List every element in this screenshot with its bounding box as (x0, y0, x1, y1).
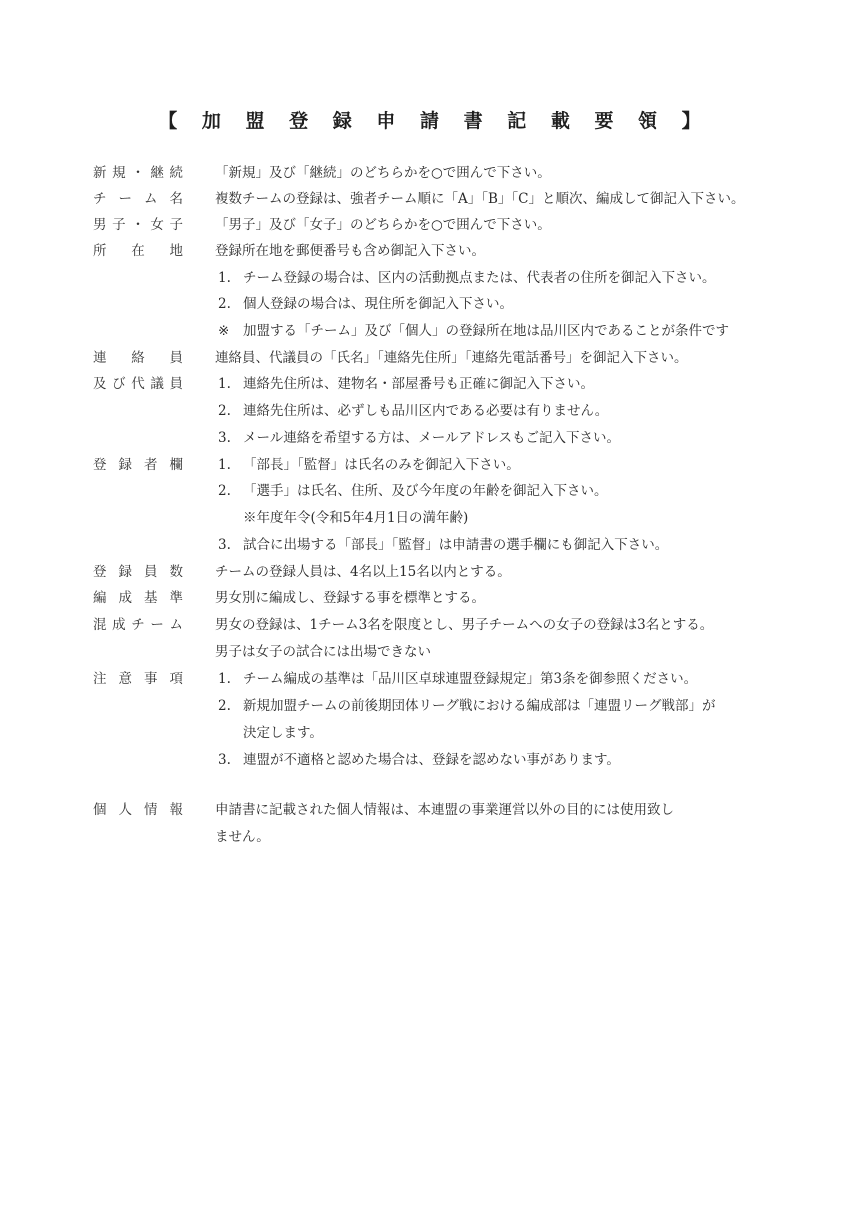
row-text: チーム編成の基準は「品川区卓球連盟登録規定」第3条を御参照ください。 (243, 666, 697, 692)
row-label: 登録者欄 (93, 452, 183, 478)
row-text: メール連絡を希望する方は、メールアドレスもご記入下さい。 (243, 425, 620, 451)
instruction-row: 2.連絡先住所は、必ずしも品川区内である必要は有りません。 (0, 398, 868, 424)
row-text: 連盟が不適格と認めた場合は、登録を認めない事があります。 (243, 747, 620, 773)
instruction-row: 男子・女子「男子」及び「女子」のどちらかを○で囲んで下さい。 (0, 212, 868, 238)
row-text: 連絡先住所は、必ずしも品川区内である必要は有りません。 (243, 398, 608, 424)
row-text: 決定します。 (243, 720, 323, 746)
row-label: 登録員数 (93, 559, 183, 585)
row-text: 「新規」及び「継続」のどちらかを○で囲んで下さい。 (215, 160, 551, 186)
row-label: チーム名 (93, 186, 183, 212)
instruction-row: 3.メール連絡を希望する方は、メールアドレスもご記入下さい。 (0, 425, 868, 451)
row-text: 連絡先住所は、建物名・部屋番号も正確に御記入下さい。 (243, 371, 594, 397)
row-label: 及び代議員 (93, 371, 183, 397)
instruction-row: 注意事項1.チーム編成の基準は「品川区卓球連盟登録規定」第3条を御参照ください。 (0, 666, 868, 692)
item-number: 2. (218, 398, 231, 424)
item-number: 2. (218, 478, 231, 504)
row-text: 新規加盟チームの前後期団体リーグ戦における編成部は「連盟リーグ戦部」が (243, 693, 716, 719)
row-label: 連絡員 (93, 345, 183, 371)
instruction-row: 登録員数チームの登録人員は、4名以上15名以内とする。 (0, 559, 868, 585)
row-text: 試合に出場する「部長」「監督」は申請書の選手欄にも御記入下さい。 (243, 532, 668, 558)
instruction-row: 3.試合に出場する「部長」「監督」は申請書の選手欄にも御記入下さい。 (0, 532, 868, 558)
instruction-row: 1.チーム登録の場合は、区内の活動拠点または、代表者の住所を御記入下さい。 (0, 265, 868, 291)
row-text: 申請書に記載された個人情報は、本連盟の事業運営以外の目的には使用致し (215, 797, 674, 823)
row-text: チームの登録人員は、4名以上15名以内とする。 (215, 559, 511, 585)
item-number: 3. (218, 532, 231, 558)
row-text: 男女別に編成し、登録する事を標準とする。 (215, 585, 485, 611)
row-text: 男女の登録は、1チーム3名を限度とし、男子チームへの女子の登録は3名とする。 (215, 612, 713, 638)
row-text: チーム登録の場合は、区内の活動拠点または、代表者の住所を御記入下さい。 (243, 265, 716, 291)
row-text: 男子は女子の試合には出場できない (215, 639, 431, 665)
row-label: 所在地 (93, 238, 183, 264)
instruction-row: 登録者欄1.「部長」「監督」は氏名のみを御記入下さい。 (0, 452, 868, 478)
instruction-row: 2.「選手」は氏名、住所、及び今年度の年齢を御記入下さい。 (0, 478, 868, 504)
instruction-row: 新規・継続「新規」及び「継続」のどちらかを○で囲んで下さい。 (0, 160, 868, 186)
instruction-row: 所在地登録所在地を郵便番号も含め御記入下さい。 (0, 238, 868, 264)
item-number: 2. (218, 291, 231, 317)
row-text: 「選手」は氏名、住所、及び今年度の年齢を御記入下さい。 (243, 478, 608, 504)
row-label: 編成基準 (93, 585, 183, 611)
instruction-row: 連絡員連絡員、代議員の「氏名」「連絡先住所」「連絡先電話番号」を御記入下さい。 (0, 345, 868, 371)
instruction-row: チーム名複数チームの登録は、強者チーム順に「A」「B」「C」と順次、編成して御記… (0, 186, 868, 212)
instruction-row: ません。 (0, 824, 868, 850)
item-number: ※ (218, 318, 229, 344)
item-number: 3. (218, 425, 231, 451)
item-number: 3. (218, 747, 231, 773)
row-text: 登録所在地を郵便番号も含め御記入下さい。 (215, 238, 485, 264)
item-number: 1. (218, 666, 231, 692)
page-title: 【 加 盟 登 録 申 請 書 記 載 要 領 】 (0, 106, 868, 133)
row-text: 連絡員、代議員の「氏名」「連絡先住所」「連絡先電話番号」を御記入下さい。 (215, 345, 688, 371)
row-text: ません。 (215, 824, 270, 850)
row-label: 個人情報 (93, 797, 183, 823)
row-text: 個人登録の場合は、現住所を御記入下さい。 (243, 291, 513, 317)
row-text: ※年度年令(令和5年4月1日の満年齢) (243, 505, 468, 531)
instruction-row: 決定します。 (0, 720, 868, 746)
instruction-row: ※加盟する「チーム」及び「個人」の登録所在地は品川区内であることが条件です (0, 318, 868, 344)
row-label: 新規・継続 (93, 160, 183, 186)
item-number: 2. (218, 693, 231, 719)
instruction-row: 2.個人登録の場合は、現住所を御記入下さい。 (0, 291, 868, 317)
instruction-row: 個人情報申請書に記載された個人情報は、本連盟の事業運営以外の目的には使用致し (0, 797, 868, 823)
row-text: 「男子」及び「女子」のどちらかを○で囲んで下さい。 (215, 212, 551, 238)
item-number: 1. (218, 452, 231, 478)
instruction-row: 及び代議員1.連絡先住所は、建物名・部屋番号も正確に御記入下さい。 (0, 371, 868, 397)
row-text: 「部長」「監督」は氏名のみを御記入下さい。 (243, 452, 520, 478)
instruction-row: ※年度年令(令和5年4月1日の満年齢) (0, 505, 868, 531)
row-text: 複数チームの登録は、強者チーム順に「A」「B」「C」と順次、編成して御記入下さい… (215, 186, 745, 212)
row-label: 混成チーム (93, 612, 183, 638)
instruction-row: 2.新規加盟チームの前後期団体リーグ戦における編成部は「連盟リーグ戦部」が (0, 693, 868, 719)
item-number: 1. (218, 371, 231, 397)
row-text: 加盟する「チーム」及び「個人」の登録所在地は品川区内であることが条件です (243, 318, 729, 344)
row-label: 男子・女子 (93, 212, 183, 238)
instruction-row: 3.連盟が不適格と認めた場合は、登録を認めない事があります。 (0, 747, 868, 773)
instruction-row: 男子は女子の試合には出場できない (0, 639, 868, 665)
instruction-row: 編成基準男女別に編成し、登録する事を標準とする。 (0, 585, 868, 611)
instruction-row: 混成チーム男女の登録は、1チーム3名を限度とし、男子チームへの女子の登録は3名と… (0, 612, 868, 638)
row-label: 注意事項 (93, 666, 183, 692)
item-number: 1. (218, 265, 231, 291)
